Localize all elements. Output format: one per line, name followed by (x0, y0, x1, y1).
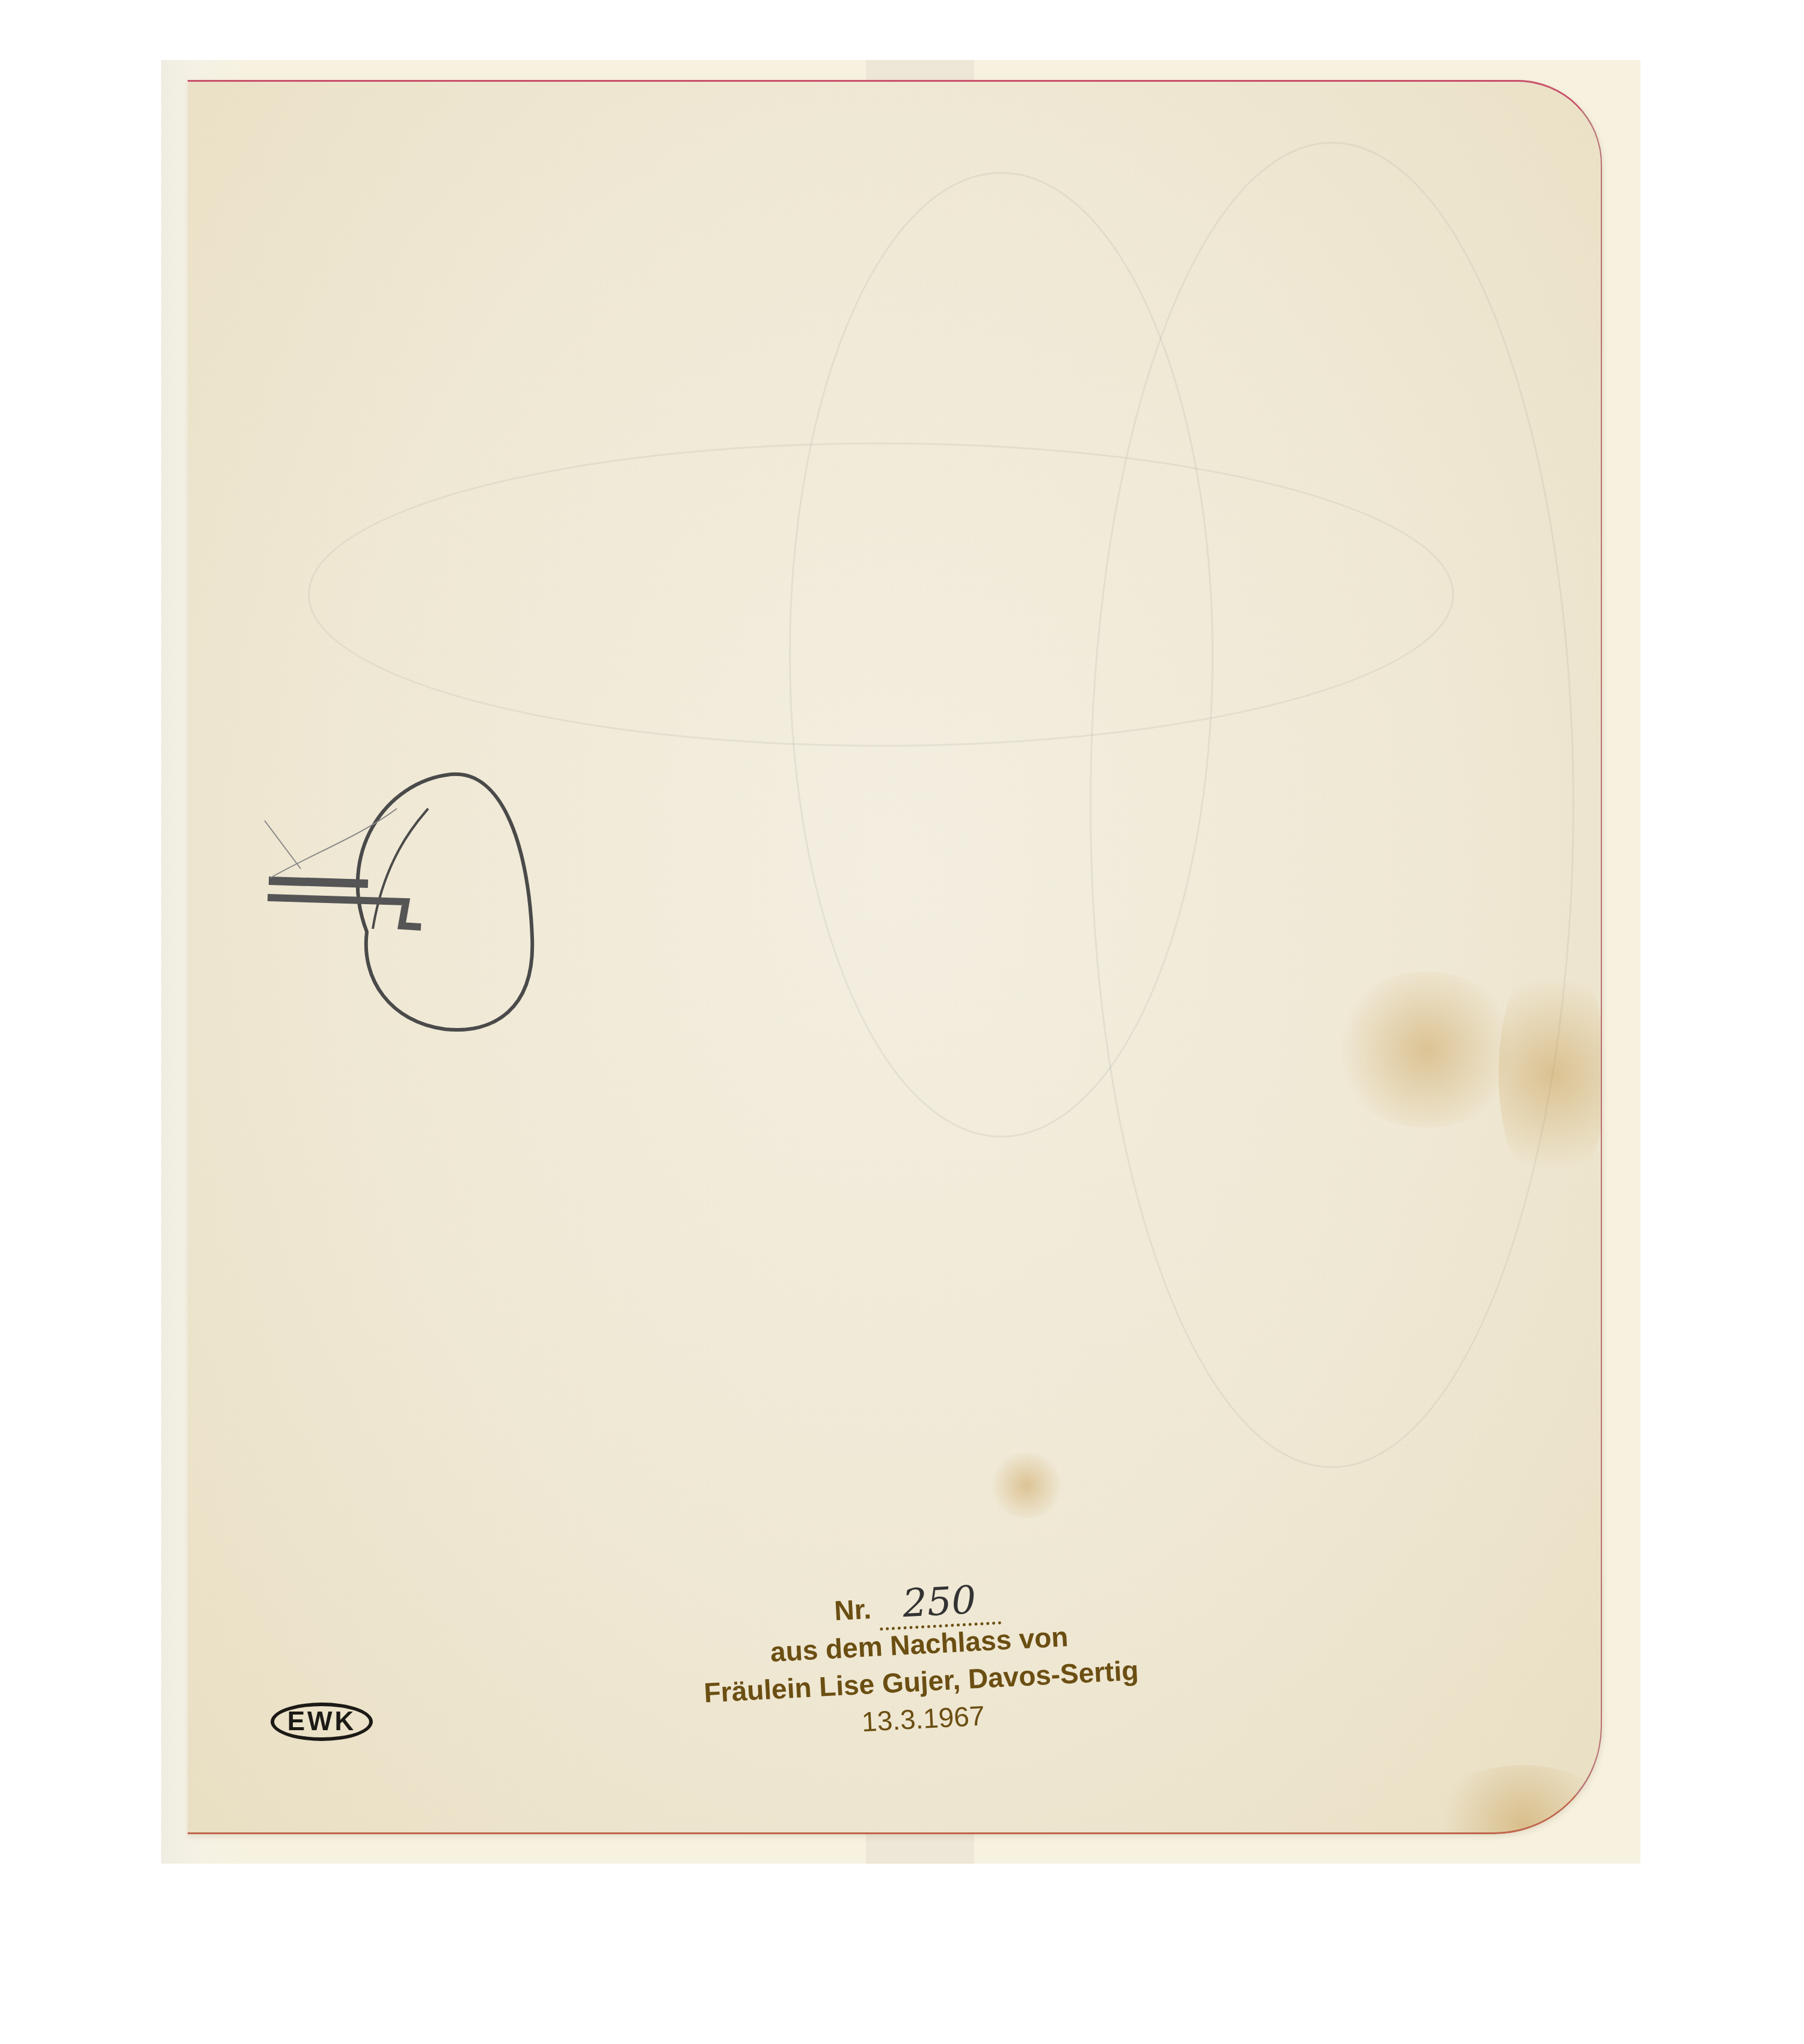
collector-mark-text: EWK (287, 1707, 357, 1737)
estate-stamp: Nr. 250 aus dem Nachlass von Fräulein Li… (646, 1567, 1194, 1752)
nr-label: Nr. (833, 1593, 872, 1626)
collector-mark-ewk: EWK (271, 1703, 373, 1741)
